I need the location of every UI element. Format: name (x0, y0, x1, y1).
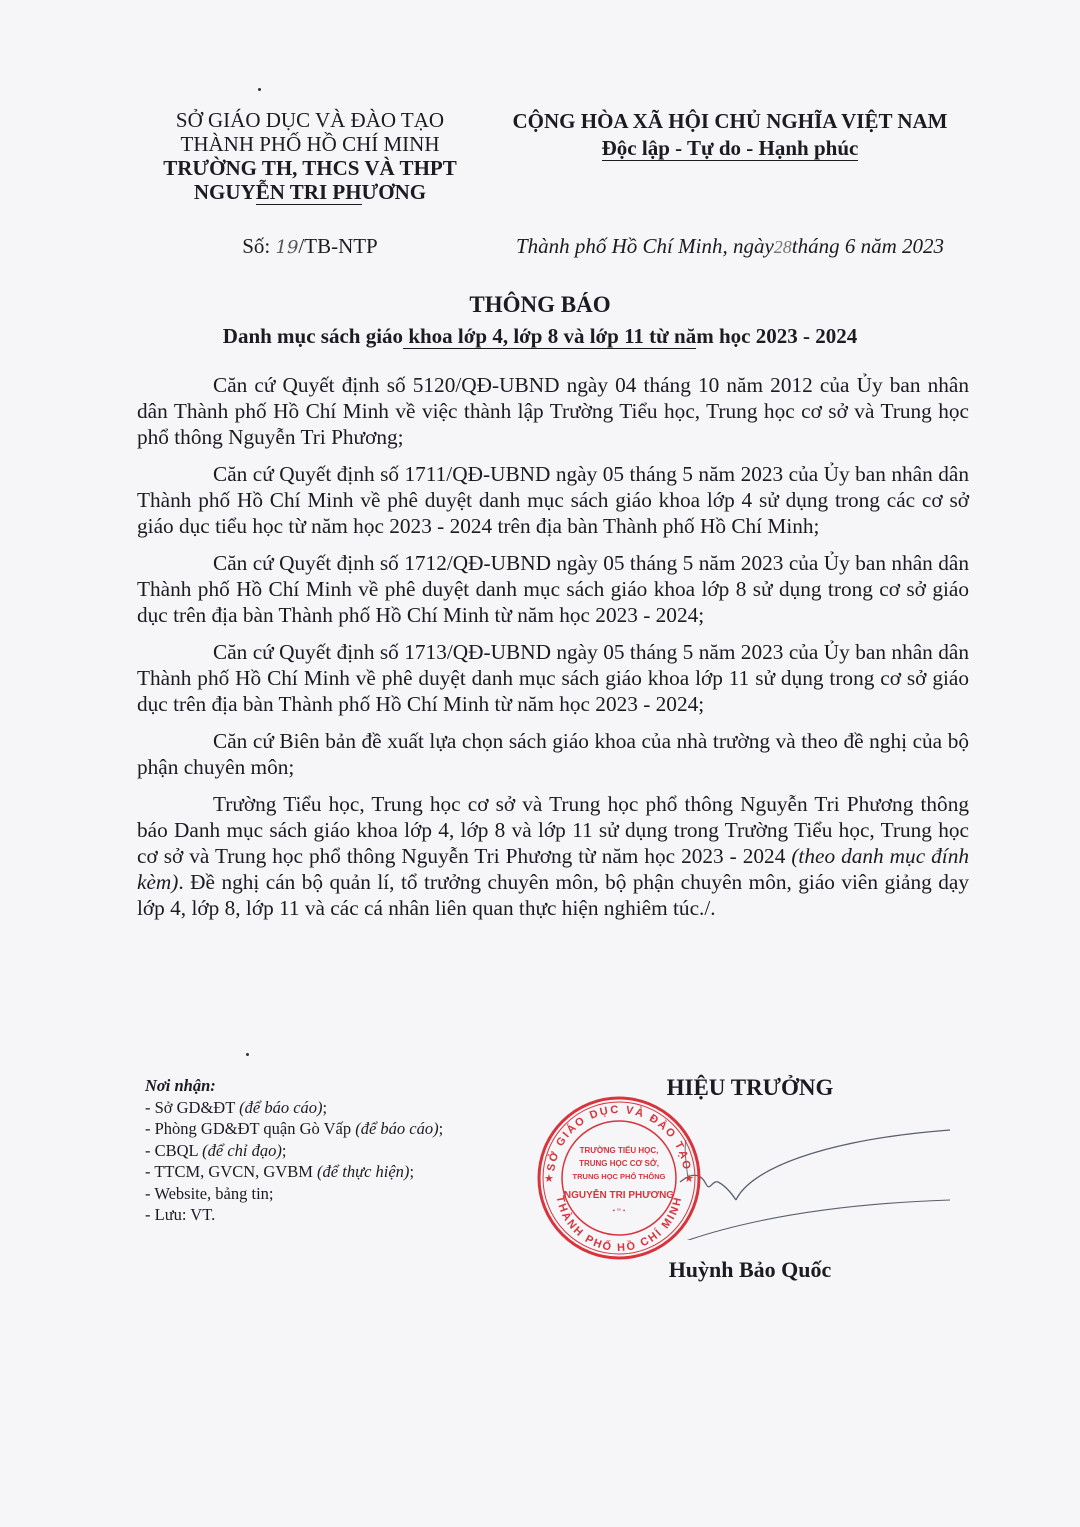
recipient-text: - TTCM, GVCN, GVBM (145, 1162, 317, 1181)
document-subtitle: Danh mục sách giáo khoa lớp 4, lớp 8 và … (100, 324, 980, 349)
recipient-note: (để chỉ đạo) (202, 1141, 282, 1160)
recipient-item: - TTCM, GVCN, GVBM (để thực hiện); (145, 1161, 545, 1183)
announcement-text: . Đề nghị cán bộ quản lí, tổ trưởng chuy… (137, 870, 969, 920)
scan-speck (258, 88, 261, 91)
document-body: Căn cứ Quyết định số 5120/QĐ-UBND ngày 0… (137, 372, 969, 932)
legal-basis-paragraph: Căn cứ Quyết định số 1712/QĐ-UBND ngày 0… (137, 550, 969, 628)
recipient-text: - Lưu: VT. (145, 1205, 215, 1224)
official-seal-icon: SỞ GIÁO DỤC VÀ ĐÀO TẠO THÀNH PHỐ HỒ CHÍ … (534, 1093, 704, 1263)
announcement-paragraph: Trường Tiểu học, Trung học cơ sở và Trun… (137, 791, 969, 921)
doc-number-handwritten: 19 (276, 237, 299, 258)
legal-basis-paragraph: Căn cứ Biên bản đề xuất lựa chọn sách gi… (137, 728, 969, 780)
svg-text:★: ★ (544, 1173, 554, 1185)
recipient-note: (để thực hiện) (317, 1162, 409, 1181)
svg-text:TRUNG HỌC PHỔ THÔNG: TRUNG HỌC PHỔ THÔNG (573, 1172, 666, 1181)
recipient-item: - Website, bảng tin; (145, 1183, 545, 1205)
doc-number-prefix: Số: (242, 234, 275, 258)
subtitle-part: Danh mục sách giáo (223, 324, 403, 348)
svg-text:• ꟹ •: • ꟹ • (613, 1207, 626, 1215)
country-name: CỘNG HÒA XÃ HỘI CHỦ NGHĨA VIỆT NAM (480, 108, 980, 135)
school-name-part: ƯƠNG (362, 180, 427, 204)
recipients-label: Nơi nhận: (145, 1075, 545, 1097)
legal-basis-paragraph: Căn cứ Quyết định số 1713/QĐ-UBND ngày 0… (137, 639, 969, 717)
recipient-text: - Phòng GD&ĐT quận Gò Vấp (145, 1119, 355, 1138)
recipient-item: - Sở GD&ĐT (để báo cáo); (145, 1097, 545, 1119)
school-name-underlined: ỄN TRI PH (256, 180, 362, 205)
school-name-line1: TRƯỜNG TH, THCS VÀ THPT (145, 156, 475, 180)
recipient-note: (để báo cáo) (355, 1119, 438, 1138)
date-suffix: tháng 6 năm 2023 (792, 234, 944, 258)
signer-name: Huỳnh Bảo Quốc (640, 1257, 860, 1283)
recipient-text: - CBQL (145, 1141, 202, 1160)
date-day-handwritten: 28 (774, 237, 792, 257)
legal-basis-paragraph: Căn cứ Quyết định số 5120/QĐ-UBND ngày 0… (137, 372, 969, 450)
recipients-block: Nơi nhận: - Sở GD&ĐT (để báo cáo); - Phò… (145, 1075, 545, 1226)
recipient-item: - Phòng GD&ĐT quận Gò Vấp (để báo cáo); (145, 1118, 545, 1140)
subtitle-underlined: khoa lớp 4, lớp 8 và lớp 11 từ nă (403, 324, 696, 349)
doc-number-suffix: /TB-NTP (298, 234, 377, 258)
recipient-end: ; (439, 1119, 444, 1138)
school-name-part: NGUY (194, 180, 256, 204)
recipient-end: ; (323, 1098, 328, 1117)
department-name: SỞ GIÁO DỤC VÀ ĐÀO TẠO (145, 108, 475, 132)
scan-speck (246, 1053, 249, 1056)
recipient-text: - Sở GD&ĐT (145, 1098, 239, 1117)
svg-text:★: ★ (684, 1173, 694, 1185)
recipient-note: (để báo cáo) (239, 1098, 322, 1117)
national-motto: Độc lập - Tự do - Hạnh phúc (602, 136, 859, 161)
issuing-authority-header: SỞ GIÁO DỤC VÀ ĐÀO TẠO THÀNH PHỐ HỒ CHÍ … (145, 108, 475, 204)
recipient-item: - Lưu: VT. (145, 1204, 545, 1226)
svg-text:TRUNG HỌC CƠ SỞ,: TRUNG HỌC CƠ SỞ, (579, 1159, 659, 1168)
recipient-item: - CBQL (để chỉ đạo); (145, 1140, 545, 1162)
school-name-line2: NGUYỄN TRI PHƯƠNG (145, 180, 475, 204)
subtitle-part: m học 2023 - 2024 (696, 324, 857, 348)
city-name: THÀNH PHỐ HỒ CHÍ MINH (145, 132, 475, 156)
document-date: Thành phố Hồ Chí Minh, ngày28tháng 6 năm… (480, 234, 980, 259)
national-header: CỘNG HÒA XÃ HỘI CHỦ NGHĨA VIỆT NAM Độc l… (480, 108, 980, 162)
legal-basis-paragraph: Căn cứ Quyết định số 1711/QĐ-UBND ngày 0… (137, 461, 969, 539)
recipient-end: ; (282, 1141, 287, 1160)
date-prefix: Thành phố Hồ Chí Minh, ngày (516, 234, 774, 258)
recipient-end: ; (409, 1162, 414, 1181)
svg-text:NGUYỄN TRI PHƯƠNG: NGUYỄN TRI PHƯƠNG (564, 1188, 674, 1201)
document-number: Số: 19/TB-NTP (145, 234, 475, 259)
svg-text:TRƯỜNG TIỂU HỌC,: TRƯỜNG TIỂU HỌC, (580, 1146, 659, 1155)
recipient-text: - Website, bảng tin; (145, 1184, 274, 1203)
document-title: THÔNG BÁO (100, 292, 980, 318)
